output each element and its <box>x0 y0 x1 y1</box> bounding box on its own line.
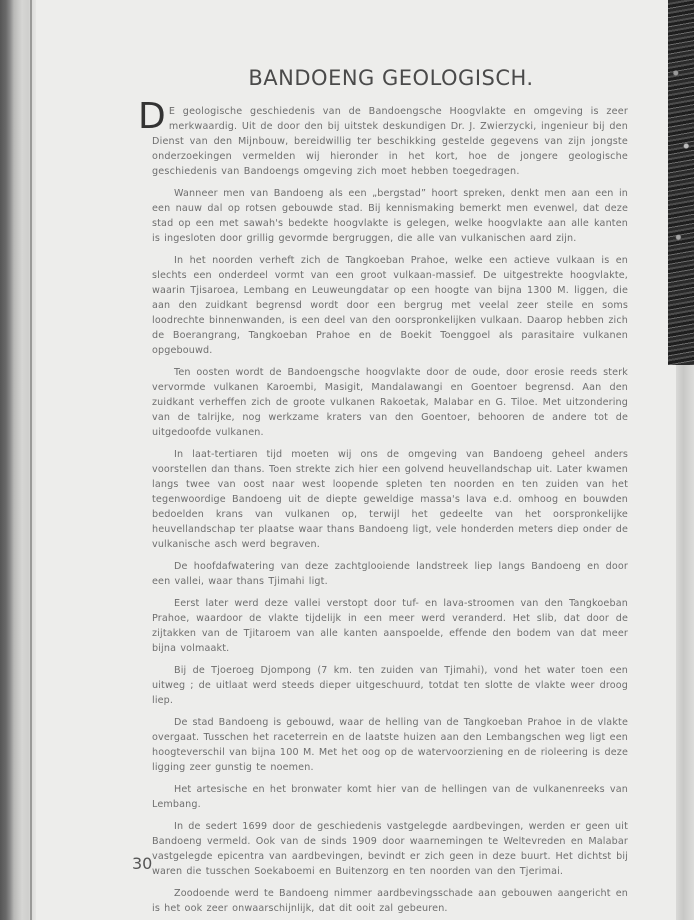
paragraph-11: In de sedert 1699 door de geschiedenis v… <box>152 819 628 879</box>
page-number: 30 <box>132 854 152 873</box>
paragraph-9: De stad Bandoeng is gebouwd, waar de hel… <box>152 715 628 775</box>
paragraph-2: Wanneer men van Bandoeng als een „bergst… <box>152 186 628 246</box>
paragraph-5: In laat-tertiaren tijd moeten wij ons de… <box>152 447 628 552</box>
gutter-line <box>30 0 32 920</box>
paragraph-6: De hoofdafwatering van deze zachtglooien… <box>152 559 628 589</box>
paragraph-1-text: E geologische geschiedenis van de Bandoe… <box>152 106 628 177</box>
adjacent-page-edge <box>676 365 694 920</box>
paragraph-3: In het noorden verheft zich de Tangkoeba… <box>152 253 628 358</box>
paragraph-10: Het artesische en het bronwater komt hie… <box>152 782 628 812</box>
article-body: DE geologische geschiedenis van de Bando… <box>152 104 628 920</box>
paragraph-7: Eerst later werd deze vallei verstopt do… <box>152 596 628 656</box>
paragraph-1: DE geologische geschiedenis van de Bando… <box>152 104 628 179</box>
adjacent-page-photo <box>668 0 694 365</box>
paragraph-4: Ten oosten wordt de Bandoengsche hoogvla… <box>152 365 628 440</box>
paragraph-8: Bij de Tjoeroeg Djompong (7 km. ten zuid… <box>152 663 628 708</box>
paragraph-12: Zoodoende werd te Bandoeng nimmer aardbe… <box>152 886 628 916</box>
drop-cap: D <box>138 101 166 134</box>
page-title: BANDOENG GEOLOGISCH. <box>0 66 694 90</box>
